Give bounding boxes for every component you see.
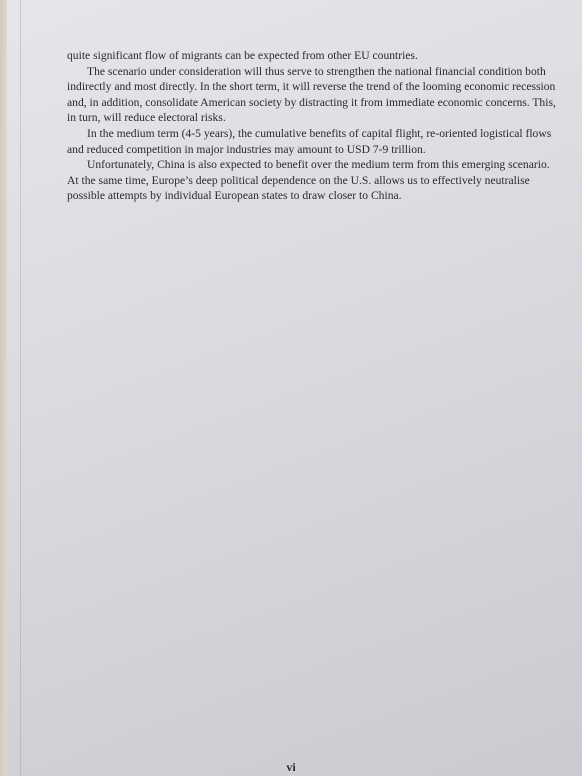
binding-edge (0, 0, 7, 776)
paragraph-financial-condition: The scenario under consideration will th… (67, 64, 557, 126)
paragraph-china: Unfortunately, China is also expected to… (67, 157, 557, 204)
paragraph-medium-term-benefits: In the medium term (4-5 years), the cumu… (67, 126, 557, 157)
page-fold-line (20, 0, 21, 776)
document-body: quite significant flow of migrants can b… (67, 48, 557, 204)
paragraph-continuation: quite significant flow of migrants can b… (67, 48, 557, 64)
page-number: vi (0, 760, 582, 775)
